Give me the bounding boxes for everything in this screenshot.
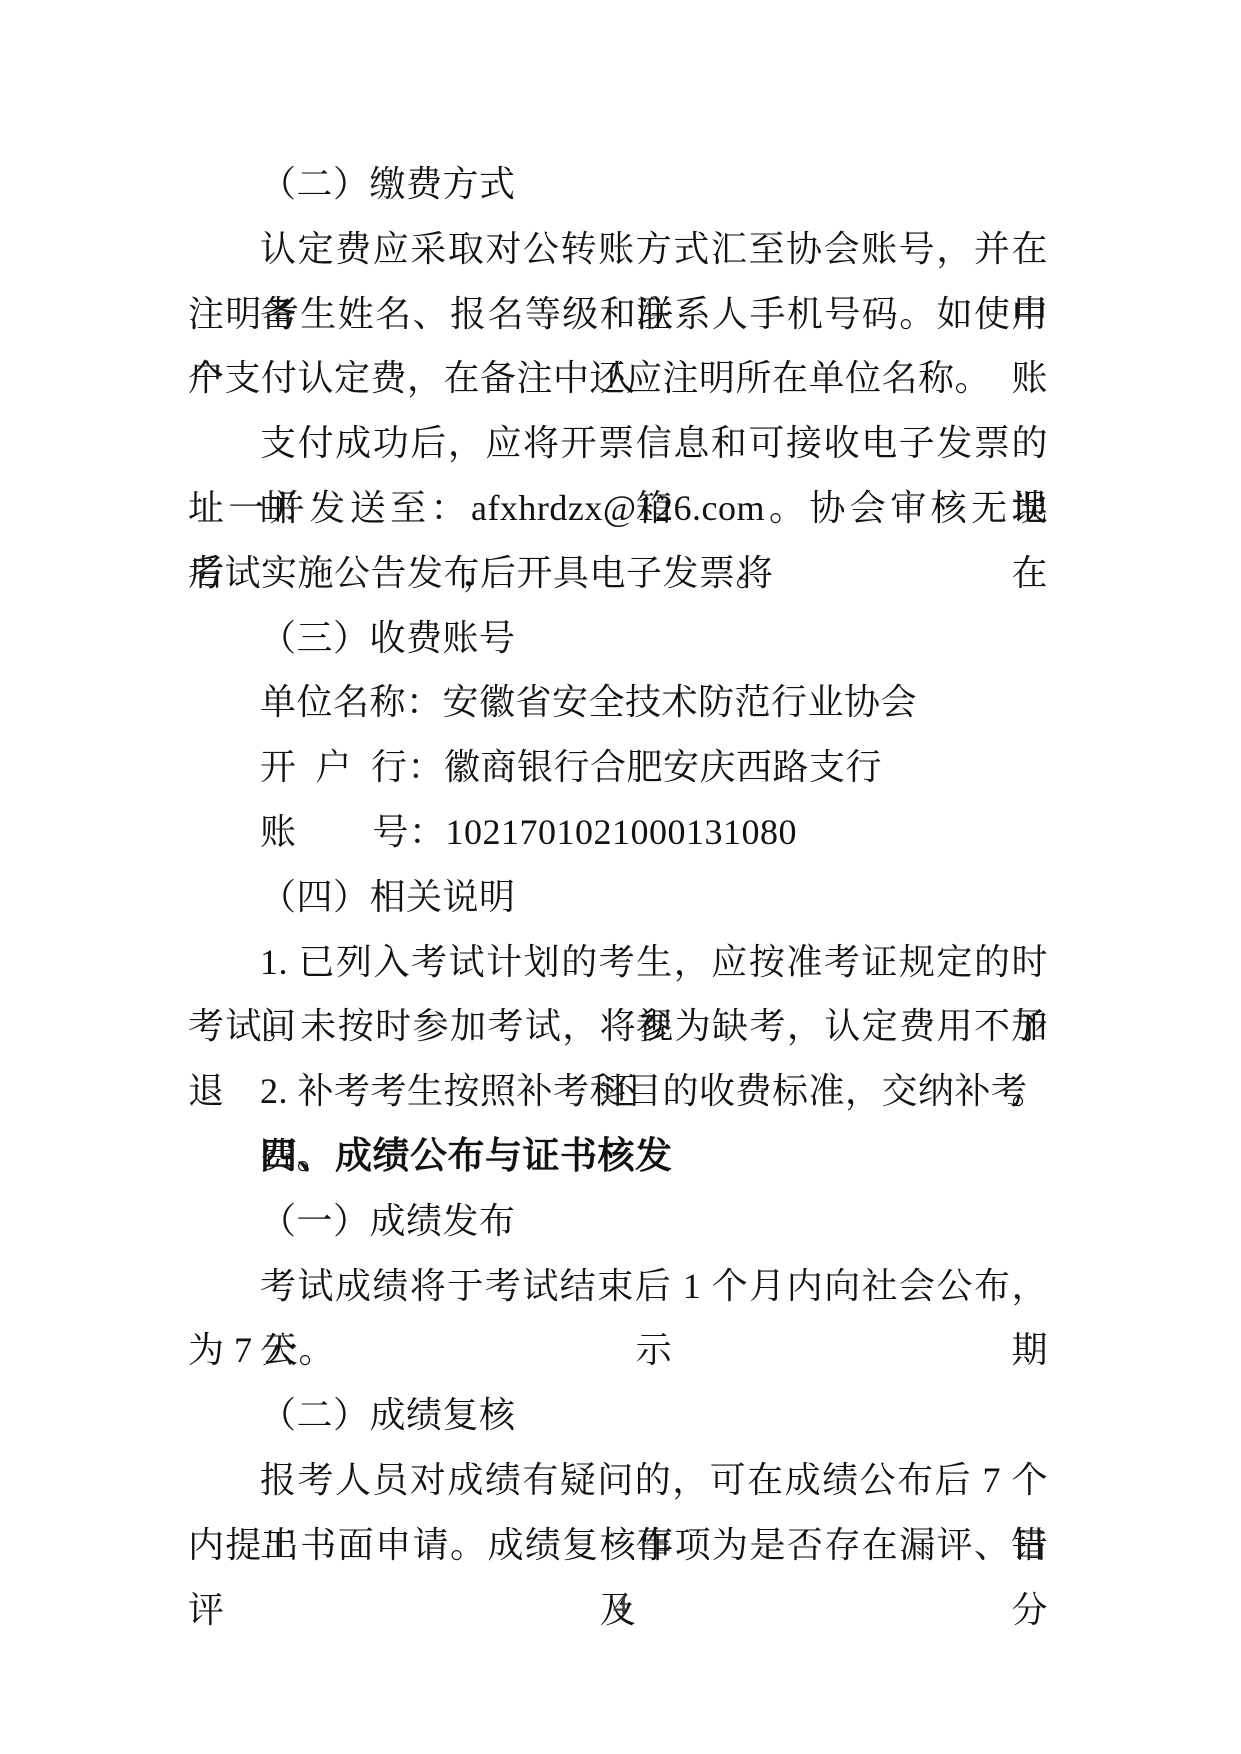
score-review-line-2: 内提出书面申请。成绩复核事项为是否存在漏评、错评及分 <box>188 1513 1048 1578</box>
note-1-line-1: 1. 已列入考试计划的考生，应按准考证规定的时间参加 <box>188 930 1048 995</box>
account-unit-name-line: 单位名称：安徽省安全技术防范行业协会 <box>188 670 1048 735</box>
score-release-line-1: 考试成绩将于考试结束后 1 个月内向社会公布，公示期 <box>188 1254 1048 1319</box>
subsection-heading-score-release: （一）成绩发布 <box>188 1189 1048 1254</box>
paragraph-payment-line-1: 认定费应采取对公转账方式汇至协会账号，并在备注中 <box>188 217 1048 282</box>
document-text-block: （二）缴费方式 认定费应采取对公转账方式汇至协会账号，并在备注中 注明考生姓名、… <box>188 152 1048 1578</box>
account-number-line: 账 号：1021701021000131080 <box>188 800 1048 865</box>
page-number: 4 <box>0 1588 1241 1624</box>
subsection-heading-payment-method: （二）缴费方式 <box>188 152 1048 217</box>
subsection-heading-payment-account: （三）收费账号 <box>188 606 1048 671</box>
paragraph-invoice-line-2-email: 址一并发送至：afxhrdzx@126.com。协会审核无误后，将在 <box>188 476 1048 541</box>
paragraph-invoice-line-1: 支付成功后，应将开票信息和可接收电子发票的邮箱地 <box>188 411 1048 476</box>
score-review-line-1: 报考人员对成绩有疑问的，可在成绩公布后 7 个工作日 <box>188 1448 1048 1513</box>
note-1-line-2: 考试。未按时参加考试，将视为缺考，认定费用不予退还。 <box>188 994 1048 1059</box>
subsection-heading-notes: （四）相关说明 <box>188 865 1048 930</box>
document-page: （二）缴费方式 认定费应采取对公转账方式汇至协会账号，并在备注中 注明考生姓名、… <box>0 0 1241 1754</box>
subsection-heading-score-review: （二）成绩复核 <box>188 1383 1048 1448</box>
note-2-line: 2. 补考考生按照补考科目的收费标准，交纳补考费。 <box>188 1059 1048 1124</box>
section-heading-results-certificates: 四、成绩公布与证书核发 <box>188 1124 1048 1189</box>
paragraph-payment-line-2: 注明考生姓名、报名等级和联系人手机号码。如使用个人账 <box>188 282 1048 347</box>
account-bank-line: 开 户 行：徽商银行合肥安庆西路支行 <box>188 735 1048 800</box>
paragraph-payment-line-3: 户支付认定费，在备注中还应注明所在单位名称。 <box>188 346 1048 411</box>
